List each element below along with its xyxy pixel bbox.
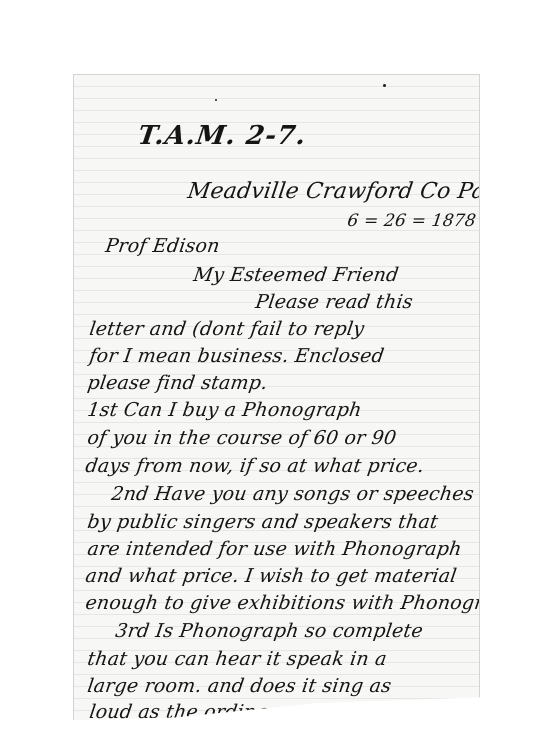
letter-date: 6 = 26 = 1878 bbox=[346, 211, 477, 231]
letter-sheet: T.A.M. 2-7. Meadville Crawford Co Pa 6 =… bbox=[73, 74, 480, 728]
body-line: of you in the course of 60 or 90 bbox=[86, 427, 398, 449]
ink-speck bbox=[215, 99, 217, 101]
body-line: please find stamp. bbox=[86, 372, 269, 394]
body-line: large room. and does it sing as bbox=[86, 675, 393, 697]
body-line: that you can hear it speak in a bbox=[86, 648, 388, 670]
ink-speck bbox=[383, 84, 386, 87]
body-line: are intended for use with Phonograph bbox=[86, 538, 463, 560]
letter-place: Meadville Crawford Co Pa bbox=[186, 179, 480, 204]
body-line: loud as the ordinary songs are sung. bbox=[88, 701, 450, 723]
salutation: Prof Edison bbox=[104, 235, 221, 257]
body-line: days from now, if so at what price. bbox=[84, 455, 426, 477]
body-line: enough to give exhibitions with Phonogra… bbox=[84, 592, 480, 614]
body-line: letter and (dont fail to reply bbox=[88, 318, 366, 340]
body-line: 2nd Have you any songs or speeches bbox=[110, 483, 475, 505]
body-line: by public singers and speakers that bbox=[86, 511, 439, 533]
body-line: and what price. I wish to get material bbox=[84, 565, 458, 587]
body-line: 1st Can I buy a Phonograph bbox=[86, 399, 363, 421]
body-line: Please read this bbox=[254, 291, 414, 313]
body-line: 3rd Is Phonograph so complete bbox=[114, 620, 424, 642]
body-line: for I mean business. Enclosed bbox=[88, 345, 386, 367]
greeting: My Esteemed Friend bbox=[192, 264, 400, 286]
docket-mark: T.A.M. 2-7. bbox=[136, 121, 308, 151]
